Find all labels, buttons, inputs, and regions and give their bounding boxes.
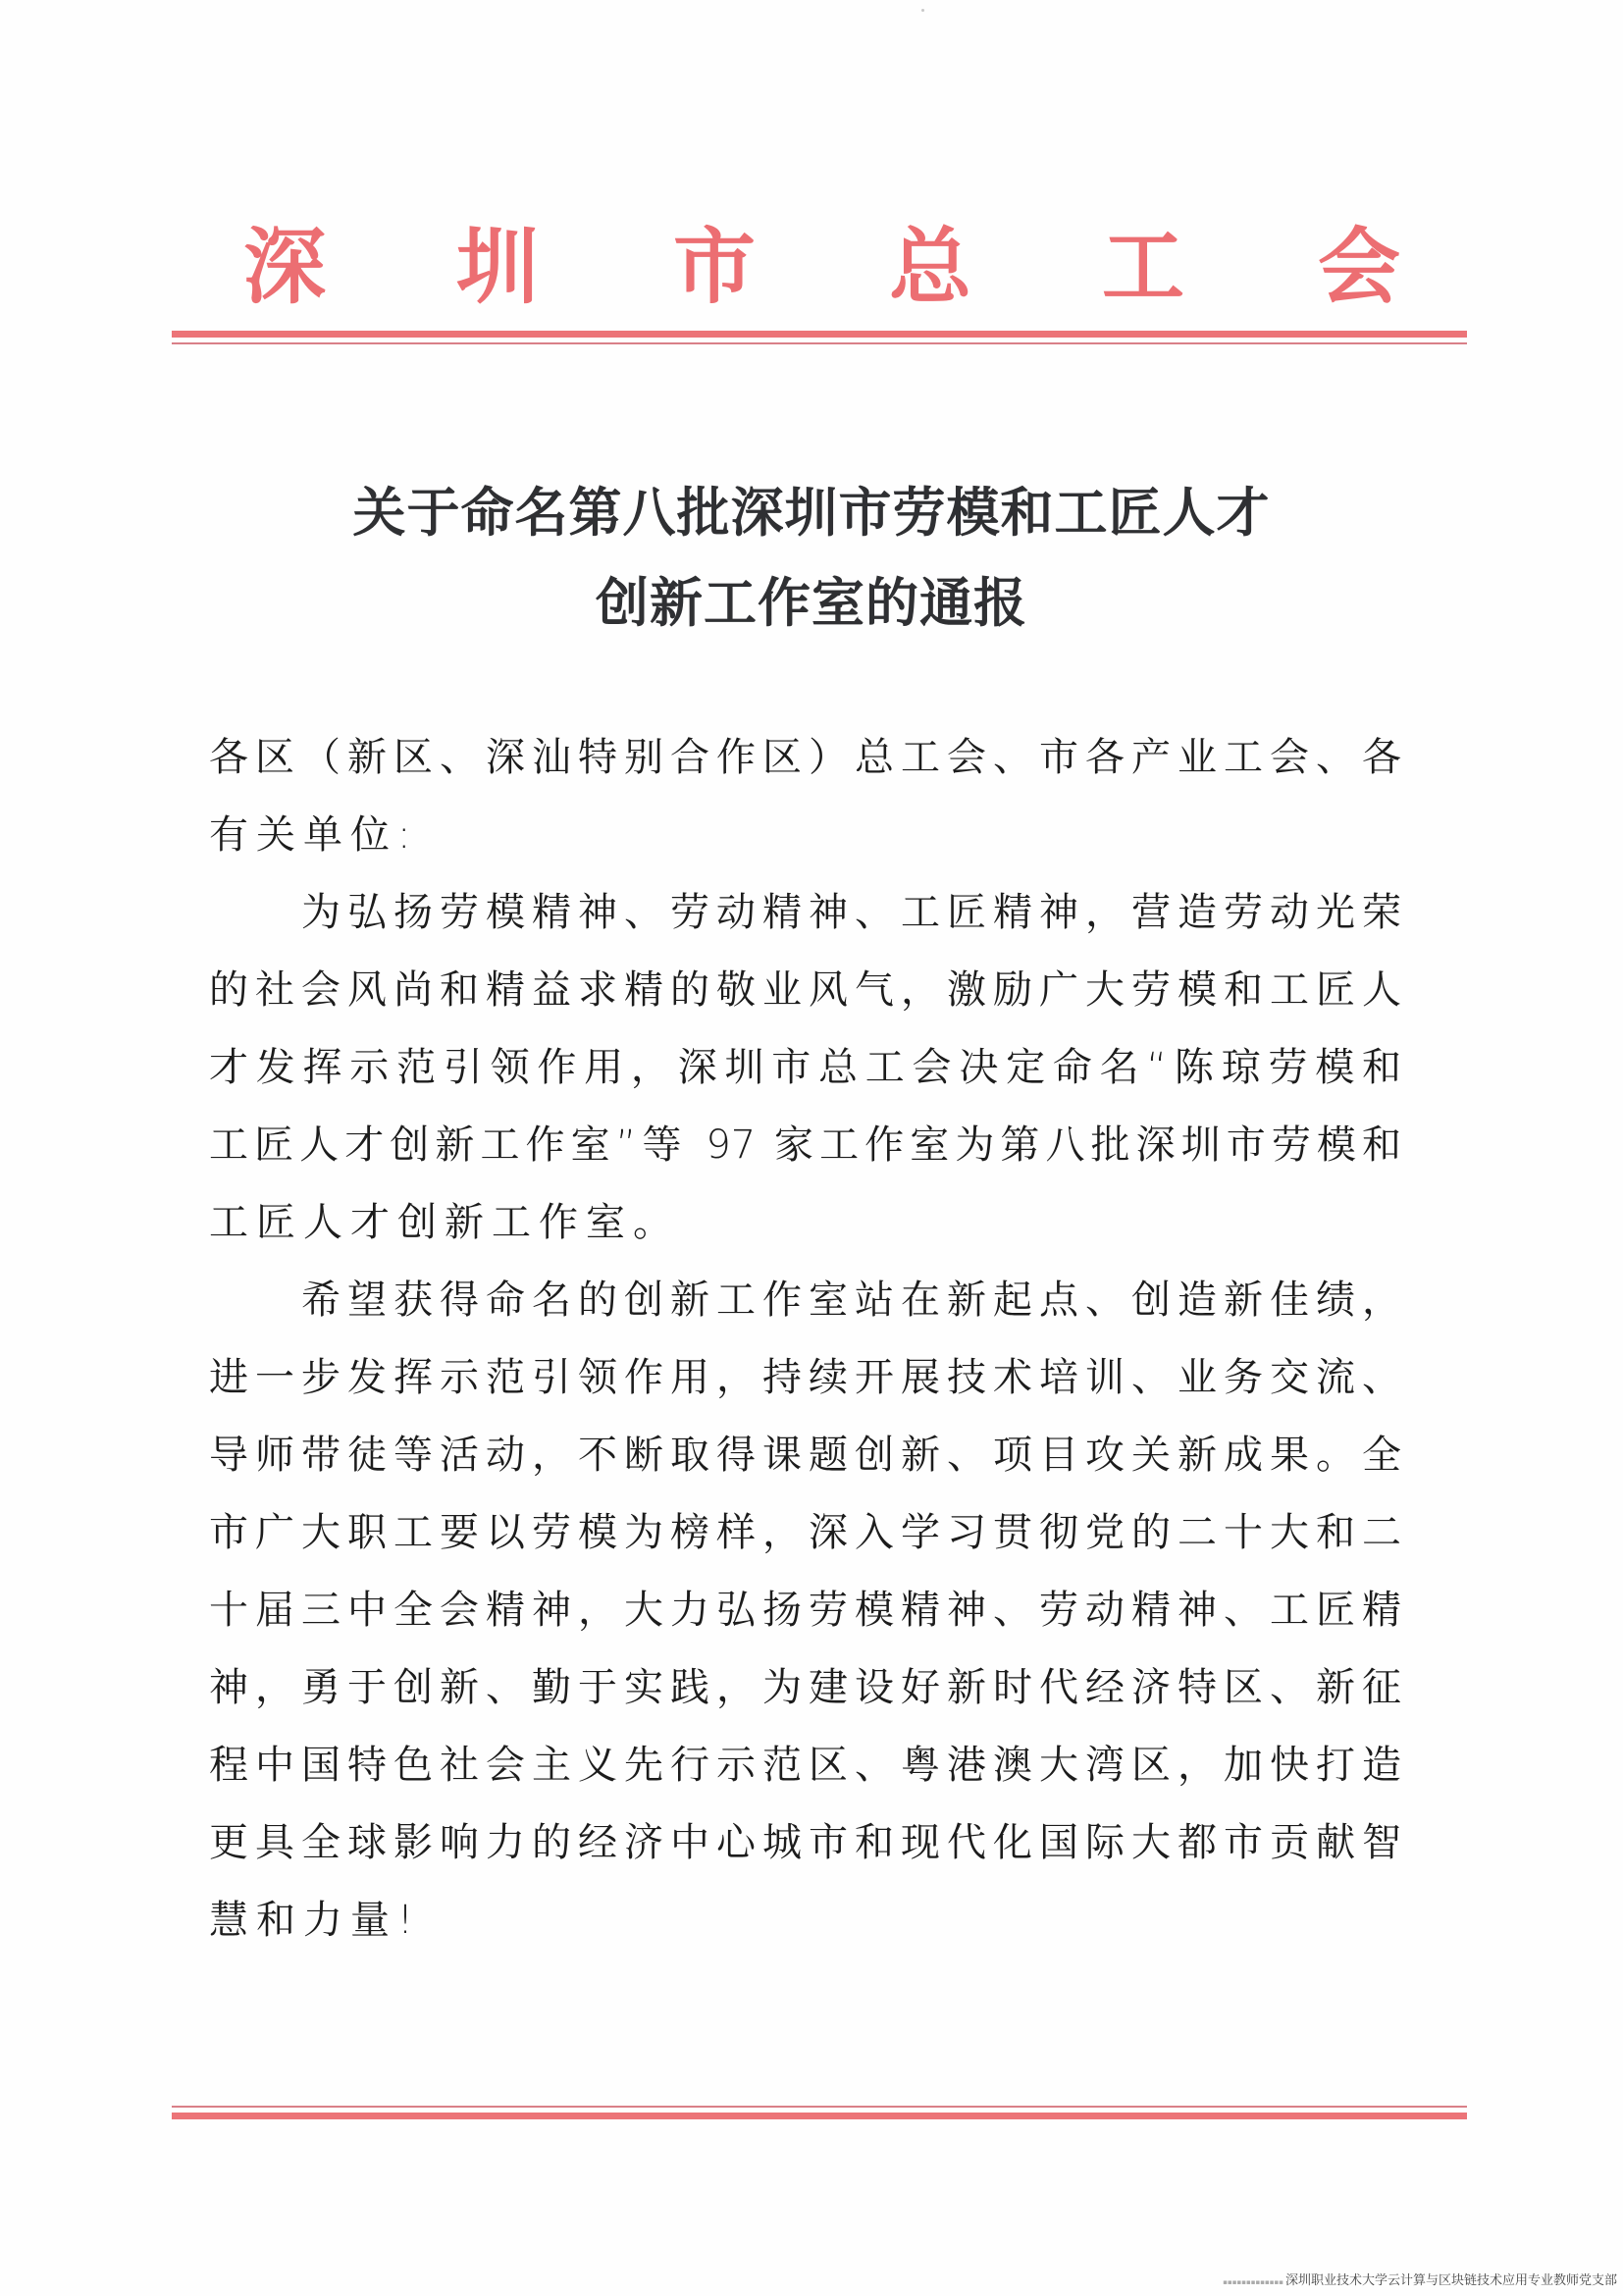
body-line: 更具全球影响力的经济中心城市和现代化国际大都市贡献智 [209,1813,1401,1891]
letterhead-rule-thin [172,342,1467,344]
letterhead-char: 深 [236,218,334,316]
watermark-prefix: ▪▪▪▪▪▪▪▪▪▪▪▪▪ [1223,2278,1283,2286]
footer-rule-thick [172,2113,1467,2119]
document-page: 深 圳 市 总 工 会 关于命名第八批深圳市劳模和工匠人才 创新工作室的通报 各… [0,0,1623,2296]
letterhead-rule-thick [172,331,1467,338]
body-line: 市广大职工要以劳模为榜样，深入学习贯彻党的二十大和二 [209,1503,1401,1581]
title-line-1: 关于命名第八批深圳市劳模和工匠人才 [0,478,1623,568]
watermark-text: 深圳职业技术大学云计算与区块链技术应用专业教师党支部 [1285,2273,1617,2288]
body-line: 才发挥示范引领作用，深圳市总工会决定命名“陈琼劳模和 [209,1038,1401,1116]
letterhead-char: 总 [881,218,979,316]
paragraph-2: 希望获得命名的创新工作室站在新起点、创造新佳绩， 进一步发挥示范引领作用，持续开… [209,1271,1401,1968]
title-line-2: 创新工作室的通报 [0,568,1623,658]
body-line: 导师带徒等活动，不断取得课题创新、项目攻关新成果。全 [209,1426,1401,1503]
document-title: 关于命名第八批深圳市劳模和工匠人才 创新工作室的通报 [0,478,1623,658]
letterhead: 深 圳 市 总 工 会 [172,218,1467,316]
body-line: 希望获得命名的创新工作室站在新起点、创造新佳绩， [209,1271,1401,1348]
body-line: 工匠人才创新工作室”等 97 家工作室为第八批深圳市劳模和 [209,1116,1401,1193]
body-line: 为弘扬劳模精神、劳动精神、工匠精神，营造劳动光荣 [209,883,1401,961]
body-line: 工匠人才创新工作室。 [209,1193,1401,1271]
body-line: 进一步发挥示范引领作用，持续开展技术培训、业务交流、 [209,1348,1401,1426]
body-line: 的社会风尚和精益求精的敬业风气，激励广大劳模和工匠人 [209,961,1401,1038]
body-line: 神，勇于创新、勤于实践，为建设好新时代经济特区、新征 [209,1658,1401,1736]
footer-rule-thin [172,2106,1467,2108]
letterhead-char: 会 [1310,218,1408,316]
scan-artifact-dot [921,9,924,12]
source-watermark: ▪▪▪▪▪▪▪▪▪▪▪▪▪深圳职业技术大学云计算与区块链技术应用专业教师党支部 [1223,2273,1617,2290]
body-line: 各区（新区、深汕特别合作区）总工会、市各产业工会、各 [209,728,1401,806]
body-line: 慧和力量! [209,1891,1401,1968]
body-line: 有关单位: [209,806,1401,883]
body-line: 程中国特色社会主义先行示范区、粤港澳大湾区，加快打造 [209,1736,1401,1813]
paragraph-1: 为弘扬劳模精神、劳动精神、工匠精神，营造劳动光荣 的社会风尚和精益求精的敬业风气… [209,883,1401,1271]
body-line: 十届三中全会精神，大力弘扬劳模精神、劳动精神、工匠精 [209,1581,1401,1658]
salutation: 各区（新区、深汕特别合作区）总工会、市各产业工会、各 有关单位: [209,728,1401,883]
letterhead-char: 工 [1094,218,1192,316]
document-body: 各区（新区、深汕特别合作区）总工会、市各产业工会、各 有关单位: 为弘扬劳模精神… [209,728,1401,1968]
letterhead-char: 市 [665,218,763,316]
letterhead-char: 圳 [448,218,547,316]
